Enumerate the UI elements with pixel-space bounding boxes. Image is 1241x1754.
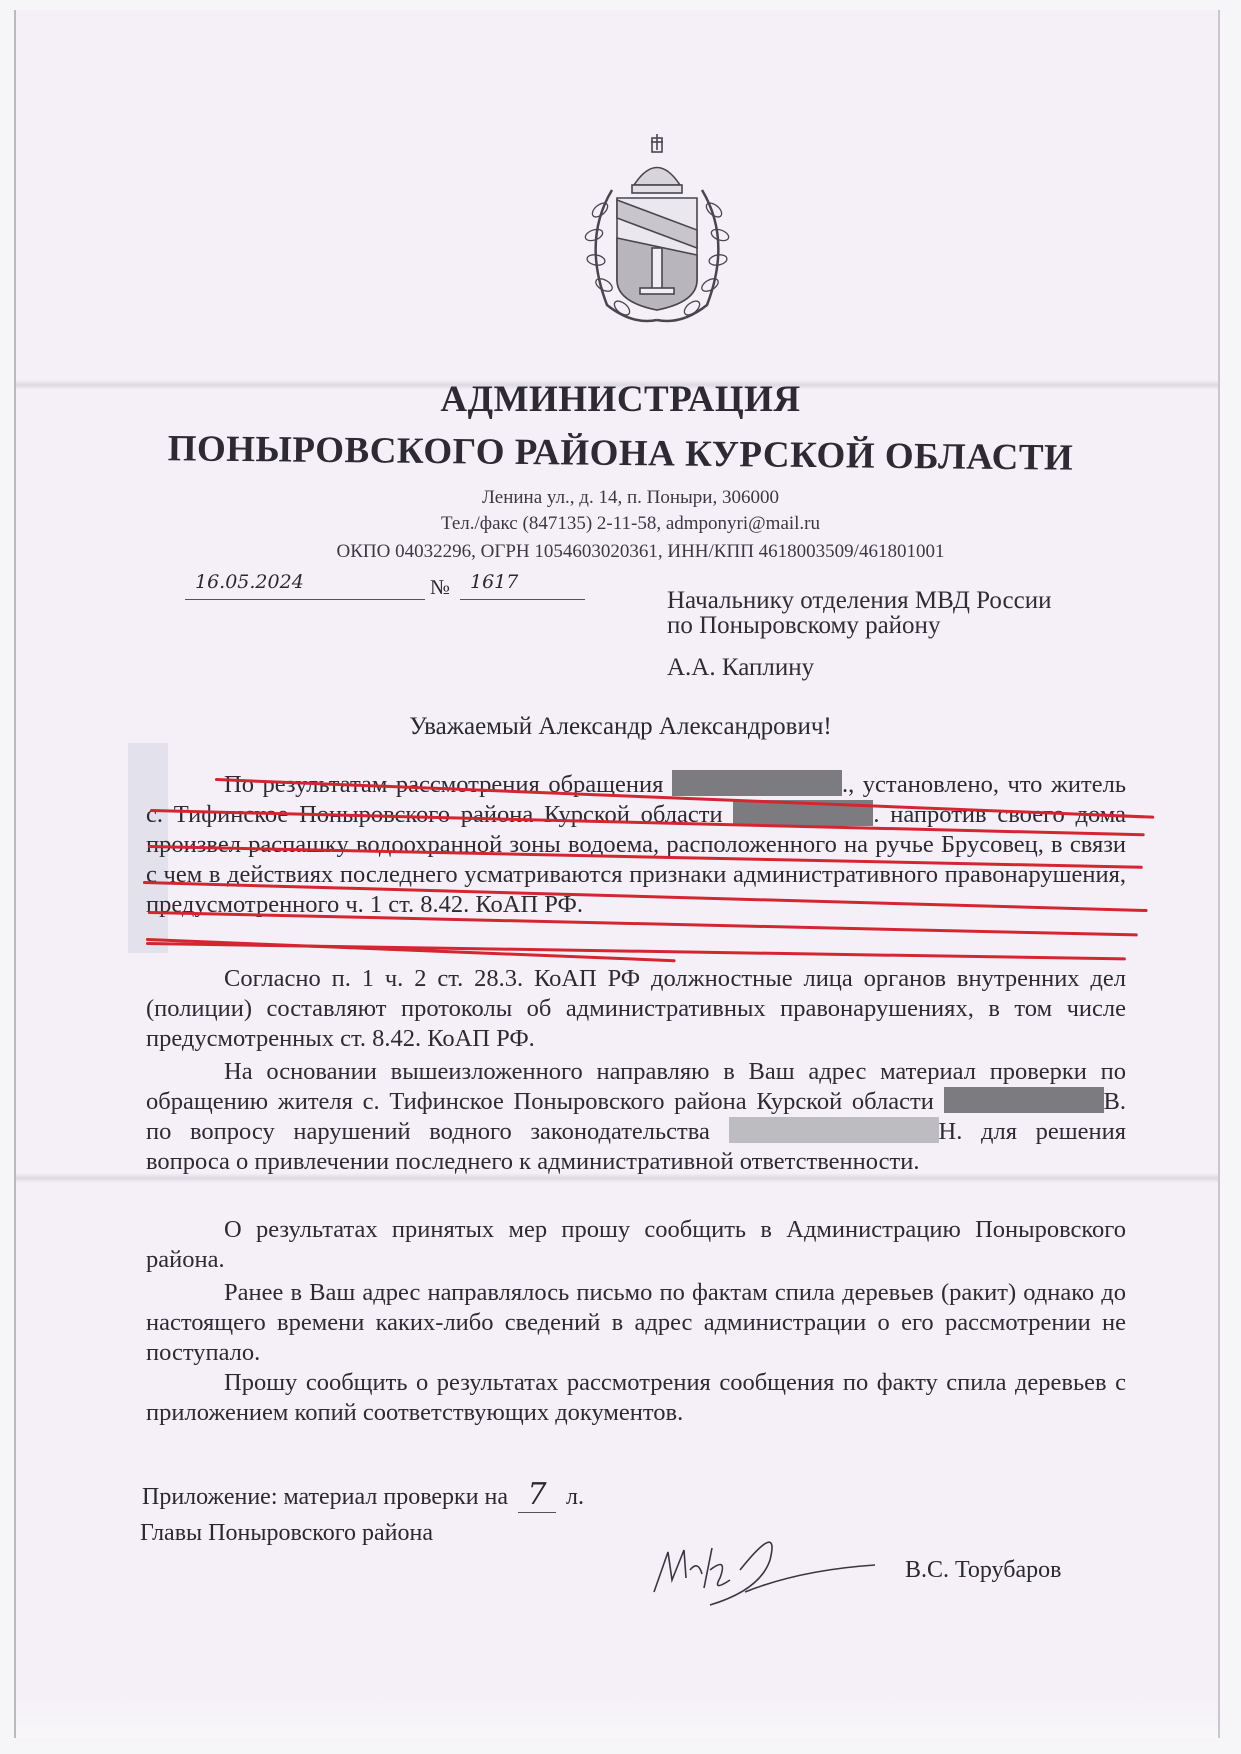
coat-of-arms-icon — [572, 130, 742, 326]
addressee-name: А.А. Каплину — [667, 654, 814, 682]
addressee-line2: по Поныровскому району — [667, 612, 940, 640]
paragraph-text: Согласно п. 1 ч. 2 ст. 28.3. КоАП РФ дол… — [146, 964, 1126, 1054]
addressee-line1: Начальнику отделения МВД России — [667, 587, 1052, 615]
letter-date: 16.05.2024 — [185, 571, 425, 600]
redacted-name — [729, 1117, 939, 1143]
paragraph-text: Прошу сообщить о результатах рассмотрени… — [146, 1368, 1126, 1428]
body-paragraph-4: О результатах принятых мер прошу сообщит… — [146, 1215, 1126, 1275]
letter-number: 1617 — [460, 571, 585, 600]
attachment-prefix: Приложение: материал проверки на — [142, 1484, 508, 1510]
handwritten-signature-icon — [650, 1530, 880, 1610]
signatory-name: В.С. Торубаров — [905, 1557, 1061, 1584]
org-title-line1: АДМИНИСТРАЦИЯ — [0, 378, 1241, 421]
body-paragraph-6: Прошу сообщить о результатах рассмотрени… — [146, 1368, 1126, 1428]
body-paragraph-2: Согласно п. 1 ч. 2 ст. 28.3. КоАП РФ дол… — [146, 964, 1126, 1054]
body-paragraph-3: На основании вышеизложенного направляю в… — [146, 1057, 1126, 1177]
attachment-suffix: л. — [566, 1484, 584, 1510]
org-registry-codes: ОКПО 04032296, ОГРН 1054603020361, ИНН/К… — [20, 541, 1241, 563]
org-address: Ленина ул., д. 14, п. Поныри, 306000 — [10, 487, 1241, 509]
signatory-title: Главы Поныровского района — [140, 1520, 433, 1547]
attachment-note: Приложение: материал проверки на 7 л. — [142, 1477, 584, 1513]
org-phone-email: Тел./факс (847135) 2-11-58, admponyri@ma… — [10, 513, 1241, 535]
paragraph-text: Ранее в Ваш адрес направлялось письмо по… — [146, 1278, 1126, 1368]
paragraph-text: О результатах принятых мер прошу сообщит… — [146, 1215, 1126, 1275]
attachment-page-count: 7 — [518, 1477, 556, 1513]
page-bottom-edge — [16, 1698, 1218, 1738]
letter-number-label: № — [430, 575, 450, 600]
body-paragraph-5: Ранее в Ваш адрес направлялось письмо по… — [146, 1278, 1126, 1368]
salutation: Уважаемый Александр Александрович! — [0, 713, 1241, 741]
redacted-name — [672, 770, 842, 796]
redacted-name — [944, 1087, 1104, 1113]
